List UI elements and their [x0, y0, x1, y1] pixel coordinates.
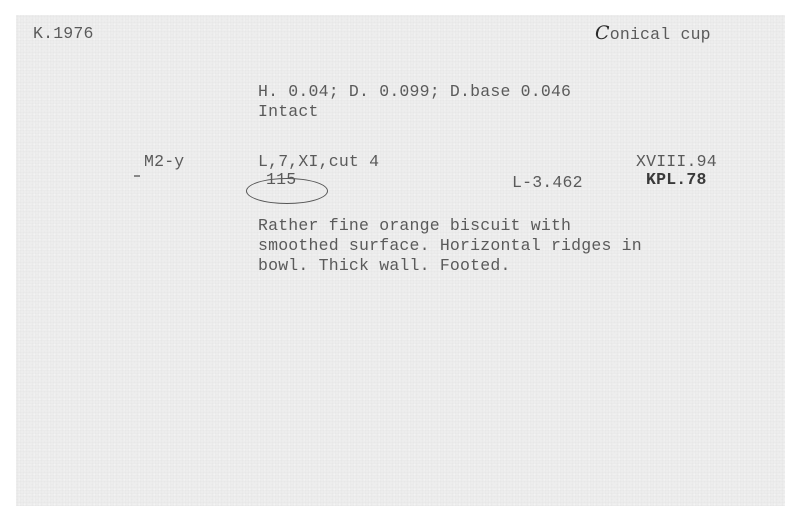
findspot: L,7,XI,cut 4	[258, 152, 379, 172]
dimensions: H. 0.04; D. 0.099; D.base 0.046	[258, 82, 571, 102]
classification: M2-y	[144, 152, 184, 172]
circled-number: 115	[266, 170, 296, 190]
condition: Intact	[258, 102, 319, 122]
description-line-1: Rather fine orange biscuit with	[258, 216, 571, 236]
accession-number: K.1976	[33, 24, 94, 44]
object-type: Conical cup	[595, 23, 711, 45]
margin-mark	[134, 175, 140, 177]
catalog-card: K.1976 Conical cup H. 0.04; D. 0.099; D.…	[16, 15, 785, 506]
description-line-3: bowl. Thick wall. Footed.	[258, 256, 511, 276]
inventory-ref: L-3.462	[512, 173, 583, 193]
date-code: XVIII.94	[636, 152, 717, 172]
object-type-initial: C	[595, 22, 610, 44]
description-line-2: smoothed surface. Horizontal ridges in	[258, 236, 642, 256]
object-type-rest: onical cup	[610, 25, 711, 44]
plate-ref: KPL.78	[646, 170, 707, 190]
